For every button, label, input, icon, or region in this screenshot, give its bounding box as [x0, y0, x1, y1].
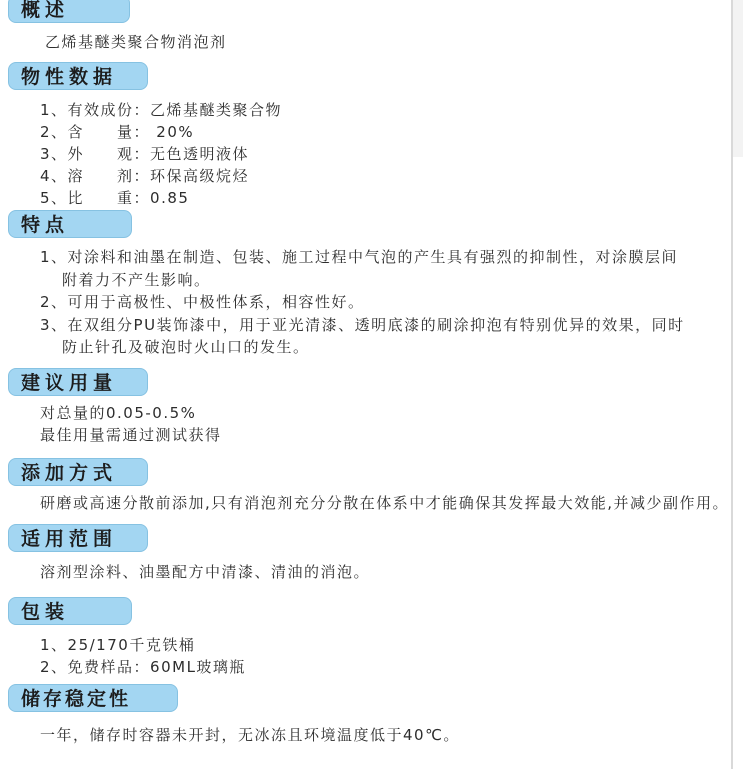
section-content-overview: 乙烯基醚类聚合物消泡剂 [45, 31, 227, 53]
physical-data-item: 5、比 重：0.85 [40, 187, 282, 209]
datasheet-page: 概述 乙烯基醚类聚合物消泡剂 物性数据 1、有效成份：乙烯基醚类聚合物2、含 量… [0, 0, 743, 769]
section-content-dosage: 对总量的0.05-0.5%最佳用量需通过测试获得 [40, 402, 222, 446]
page-edge-line [731, 0, 733, 769]
physical-data-item: 2、含 量： 20% [40, 121, 282, 143]
section-badge-addition-method: 添加方式 [8, 458, 148, 486]
physical-data-item: 4、溶 剂：环保高级烷烃 [40, 165, 282, 187]
section-content-features: 1、对涂料和油墨在制造、包装、施工过程中气泡的产生具有强烈的抑制性，对涂膜层间附… [40, 246, 685, 359]
application-scope-text: 溶剂型涂料、油墨配方中清漆、清油的消泡。 [40, 561, 370, 583]
section-content-physical-data: 1、有效成份：乙烯基醚类聚合物2、含 量： 20%3、外 观：无色透明液体4、溶… [40, 99, 282, 209]
dosage-text: 对总量的0.05-0.5% [40, 402, 222, 424]
features-item: 1、对涂料和油墨在制造、包装、施工过程中气泡的产生具有强烈的抑制性，对涂膜层间 [40, 246, 685, 269]
section-badge-features: 特点 [8, 210, 132, 238]
storage-stability-text: 一年，储存时容器未开封，无冰冻且环境温度低于40℃。 [40, 724, 460, 746]
page-edge-shade [733, 0, 743, 157]
section-badge-overview: 概述 [8, 0, 130, 23]
dosage-text: 最佳用量需通过测试获得 [40, 424, 222, 446]
section-content-storage-stability: 一年，储存时容器未开封，无冰冻且环境温度低于40℃。 [40, 724, 460, 746]
section-content-packaging: 1、25/170千克铁桶2、免费样品：60ML玻璃瓶 [40, 634, 246, 678]
section-badge-storage-stability: 储存稳定性 [8, 684, 178, 712]
packaging-item: 1、25/170千克铁桶 [40, 634, 246, 656]
addition-method-text: 研磨或高速分散前添加,只有消泡剂充分分散在体系中才能确保其发挥最大效能,并减少副… [40, 492, 729, 514]
features-item: 3、在双组分PU装饰漆中，用于亚光清漆、透明底漆的刷涂抑泡有特别优异的效果，同时 [40, 314, 685, 337]
section-badge-application-scope: 适用范围 [8, 524, 148, 552]
packaging-item: 2、免费样品：60ML玻璃瓶 [40, 656, 246, 678]
section-badge-dosage: 建议用量 [8, 368, 148, 396]
overview-text: 乙烯基醚类聚合物消泡剂 [45, 31, 227, 53]
physical-data-item: 1、有效成份：乙烯基醚类聚合物 [40, 99, 282, 121]
section-badge-packaging: 包装 [8, 597, 132, 625]
physical-data-item: 3、外 观：无色透明液体 [40, 143, 282, 165]
features-item: 防止针孔及破泡时火山口的发生。 [40, 336, 685, 359]
section-content-addition-method: 研磨或高速分散前添加,只有消泡剂充分分散在体系中才能确保其发挥最大效能,并减少副… [40, 492, 729, 514]
section-content-application-scope: 溶剂型涂料、油墨配方中清漆、清油的消泡。 [40, 561, 370, 583]
features-item: 附着力不产生影响。 [40, 269, 685, 292]
features-item: 2、可用于高极性、中极性体系，相容性好。 [40, 291, 685, 314]
section-badge-physical-data: 物性数据 [8, 62, 148, 90]
